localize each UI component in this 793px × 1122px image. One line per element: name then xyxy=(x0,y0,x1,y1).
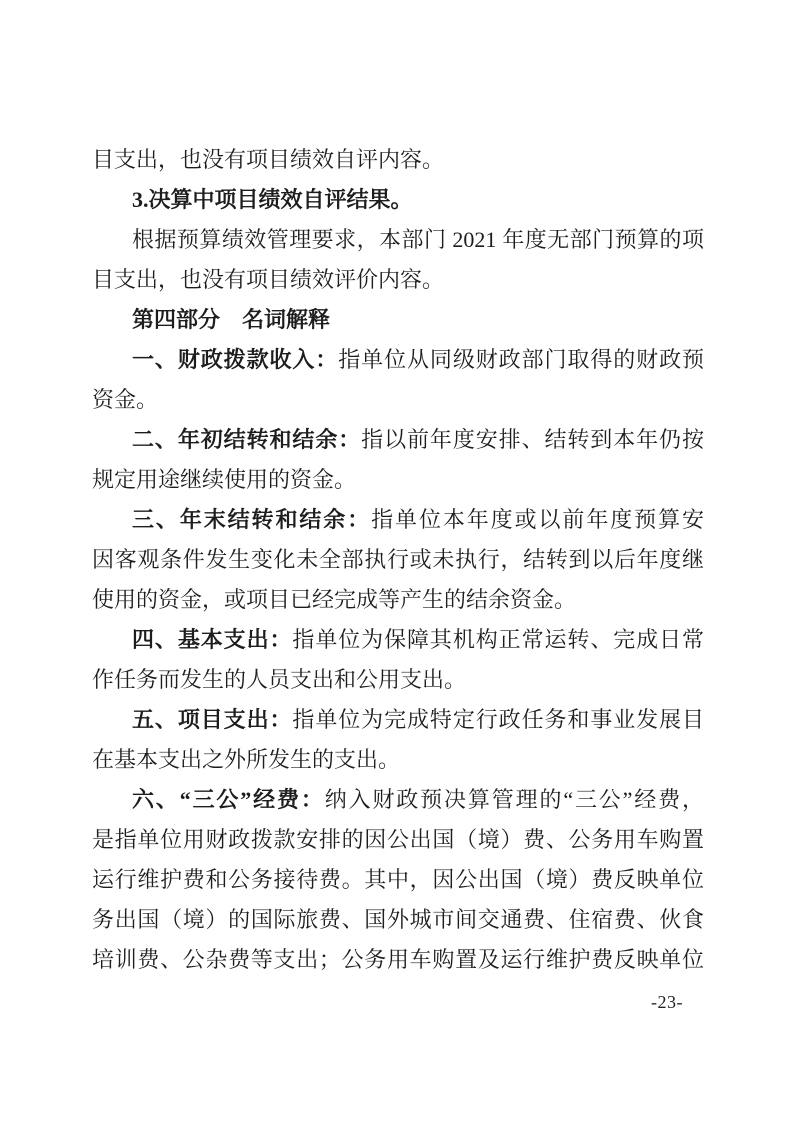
text-segment: 根据预算绩效管理要求，本部门 2021 年度无部门预算的项 xyxy=(132,227,704,252)
text-segment: 规定用途继续使用的资金。 xyxy=(92,467,356,492)
text-segment-bold: 六、“三公”经费： xyxy=(132,787,325,812)
text-line: 三、年末结转和结余：指单位本年度或以前年度预算安排、 xyxy=(92,500,704,540)
text-line: 培训费、公杂费等支出；公务用车购置及运行维护费反映单位公 xyxy=(92,940,704,980)
text-segment-bold: 一、财政拨款收入： xyxy=(132,347,338,372)
text-segment: 纳入财政预决算管理的“三公”经费， xyxy=(325,787,704,812)
text-segment: 是指单位用财政拨款安排的因公出国（境）费、公务用车购置及 xyxy=(92,827,704,860)
text-block: 目支出，也没有项目绩效自评内容。3.决算中项目绩效自评结果。根据预算绩效管理要求… xyxy=(92,140,704,980)
text-segment-bold: 第四部分 名词解释 xyxy=(132,307,330,332)
text-segment: 在基本支出之外所发生的支出。 xyxy=(92,747,400,772)
text-line: 是指单位用财政拨款安排的因公出国（境）费、公务用车购置及 xyxy=(92,820,704,860)
text-segment: 目支出，也没有项目绩效自评内容。 xyxy=(92,147,444,172)
text-line: 务出国（境）的国际旅费、国外城市间交通费、住宿费、伙食费、 xyxy=(92,900,704,940)
text-line: 因客观条件发生变化未全部执行或未执行，结转到以后年度继续 xyxy=(92,540,704,580)
text-line: 3.决算中项目绩效自评结果。 xyxy=(92,180,704,220)
text-segment-bold: 四、基本支出： xyxy=(132,627,292,652)
text-line: 一、财政拨款收入：指单位从同级财政部门取得的财政预算 xyxy=(92,340,704,380)
text-segment: 作任务而发生的人员支出和公用支出。 xyxy=(92,667,466,692)
text-segment-bold: 三、年末结转和结余： xyxy=(132,507,371,532)
text-segment: 务出国（境）的国际旅费、国外城市间交通费、住宿费、伙食费、 xyxy=(92,907,704,940)
text-segment-bold: 3.决算中项目绩效自评结果。 xyxy=(132,187,413,212)
document-page: 目支出，也没有项目绩效自评内容。3.决算中项目绩效自评结果。根据预算绩效管理要求… xyxy=(0,0,793,1122)
text-line: 规定用途继续使用的资金。 xyxy=(92,460,704,500)
text-line: 二、年初结转和结余：指以前年度安排、结转到本年仍按原 xyxy=(92,420,704,460)
text-segment: 因客观条件发生变化未全部执行或未执行，结转到以后年度继续 xyxy=(92,547,704,580)
text-line: 作任务而发生的人员支出和公用支出。 xyxy=(92,660,704,700)
text-line: 第四部分 名词解释 xyxy=(92,300,704,340)
text-line: 运行维护费和公务接待费。其中，因公出国（境）费反映单位公 xyxy=(92,860,704,900)
text-line: 六、“三公”经费：纳入财政预决算管理的“三公”经费， xyxy=(92,780,704,820)
text-segment-bold: 五、项目支出： xyxy=(132,707,292,732)
text-line: 在基本支出之外所发生的支出。 xyxy=(92,740,704,780)
text-segment: 资金。 xyxy=(92,387,158,412)
page-number: -23- xyxy=(651,991,683,1013)
text-segment: 目支出，也没有项目绩效评价内容。 xyxy=(92,267,444,292)
text-line: 根据预算绩效管理要求，本部门 2021 年度无部门预算的项 xyxy=(92,220,704,260)
text-segment-bold: 二、年初结转和结余： xyxy=(132,427,361,452)
text-segment: 运行维护费和公务接待费。其中，因公出国（境）费反映单位公 xyxy=(92,867,704,900)
text-line: 四、基本支出：指单位为保障其机构正常运转、完成日常工 xyxy=(92,620,704,660)
text-line: 目支出，也没有项目绩效评价内容。 xyxy=(92,260,704,300)
text-segment: 使用的资金，或项目已经完成等产生的结余资金。 xyxy=(92,587,576,612)
text-line: 目支出，也没有项目绩效自评内容。 xyxy=(92,140,704,180)
text-segment: 培训费、公杂费等支出；公务用车购置及运行维护费反映单位公 xyxy=(92,947,704,980)
text-line: 资金。 xyxy=(92,380,704,420)
text-line: 使用的资金，或项目已经完成等产生的结余资金。 xyxy=(92,580,704,620)
text-line: 五、项目支出：指单位为完成特定行政任务和事业发展目标 xyxy=(92,700,704,740)
